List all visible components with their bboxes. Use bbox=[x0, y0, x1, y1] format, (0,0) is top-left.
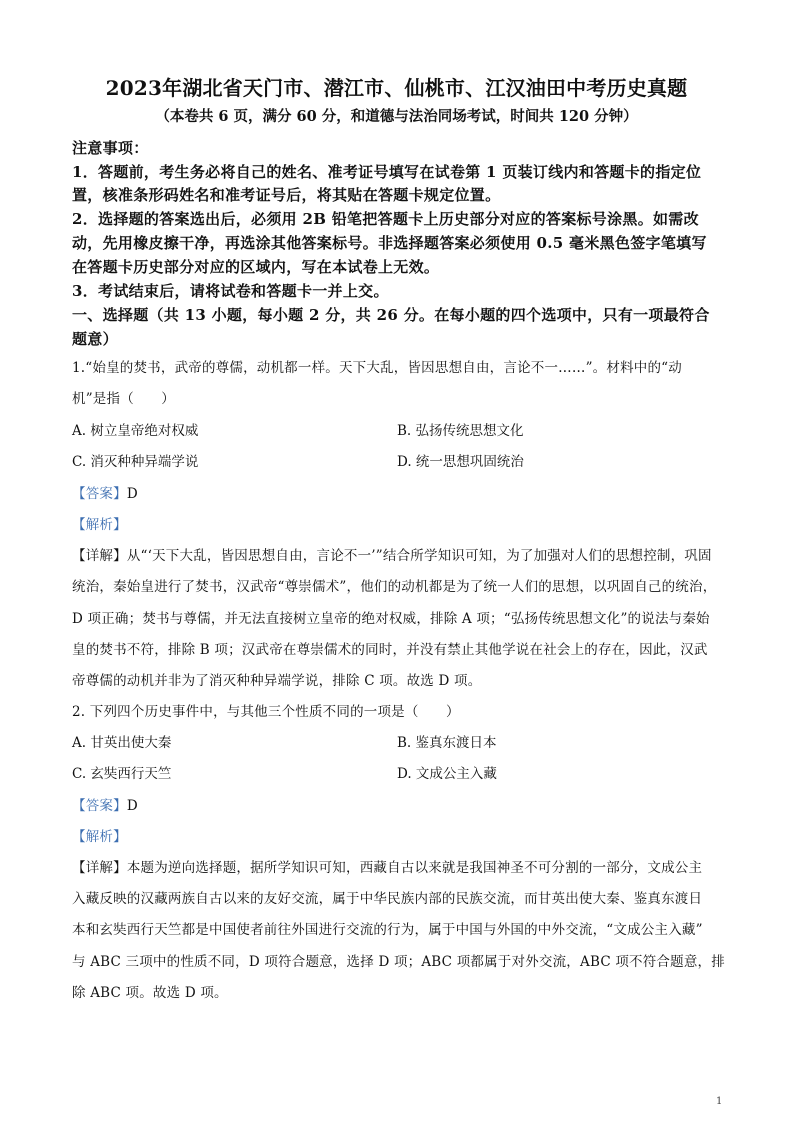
detail-line: 本题为逆向选择题，据所学知识可知，西藏自古以来就是我国神圣不可分割的一部分，文成… bbox=[127, 860, 702, 876]
detail-line: 入藏反映的汉藏两族自古以来的友好交流，属于中华民族内部的民族交流，而甘英出使大秦… bbox=[72, 887, 724, 907]
question-2-option-a: A. 甘英出使大秦 bbox=[72, 731, 171, 751]
section-heading: 题意） bbox=[72, 328, 724, 349]
detail-line: 本和玄奘西行天竺都是中国使者前往外国进行交流的行为，属于中国与外国的中外交流，“… bbox=[72, 918, 724, 938]
question-1-option-c: C. 消灭种种异端学说 bbox=[72, 450, 198, 470]
detail-line: 从“‘天下大乱，皆因思想自由，言论不一’”结合所学知识可知，为了加强对人们的思想… bbox=[127, 548, 712, 564]
question-2-detail: 【详解】本题为逆向选择题，据所学知识可知，西藏自古以来就是我国神圣不可分割的一部… bbox=[72, 856, 724, 876]
page-number: 1 bbox=[716, 1096, 722, 1107]
notice-line: 置，核准条形码姓名和准考证号后，将其贴在答题卡规定位置。 bbox=[72, 184, 724, 205]
answer-tag: 【答案】 bbox=[72, 798, 127, 814]
question-1-stem: 1.“始皇的焚书，武帝的尊儒，动机都一样。天下大乱，皆因思想自由，言论不一……”… bbox=[72, 356, 724, 376]
document-subtitle: （本卷共 6 页，满分 60 分，和道德与法治同场考试，时间共 120 分钟） bbox=[0, 105, 793, 126]
question-2-option-b: B. 鉴真东渡日本 bbox=[397, 731, 497, 751]
notice-line: 在答题卡历史部分对应的区域内，写在本试卷上无效。 bbox=[72, 256, 724, 277]
detail-line: 与 ABC 三项中的性质不同，D 项符合题意，选择 D 项；ABC 项都属于对外… bbox=[72, 950, 724, 970]
detail-line: 统治，秦始皇进行了焚书，汉武帝“尊崇儒术”，他们的动机都是为了统一人们的思想，以… bbox=[72, 575, 724, 595]
notice-heading: 注意事项： bbox=[72, 137, 724, 158]
detail-tag: 【详解】 bbox=[72, 548, 127, 564]
question-2-stem: 2. 下列四个历史事件中，与其他三个性质不同的一项是（ ） bbox=[72, 700, 724, 720]
question-1-option-b: B. 弘扬传统思想文化 bbox=[397, 419, 524, 439]
answer-value: D bbox=[127, 486, 138, 502]
notice-line: 动，先用橡皮擦干净，再选涂其他答案标号。非选择题答案必须使用 0.5 毫米黑色签… bbox=[72, 232, 724, 253]
notice-line: 2．选择题的答案选出后，必须用 2B 铅笔把答题卡上历史部分对应的答案标号涂黑。… bbox=[72, 208, 724, 229]
answer-tag: 【答案】 bbox=[72, 486, 127, 502]
document-title: 2023年湖北省天门市、潜江市、仙桃市、江汉油田中考历史真题 bbox=[0, 72, 793, 101]
document-page: 2023年湖北省天门市、潜江市、仙桃市、江汉油田中考历史真题 （本卷共 6 页，… bbox=[0, 0, 793, 1122]
section-heading: 一、选择题（共 13 小题，每小题 2 分，共 26 分。在每小题的四个选项中，… bbox=[72, 304, 724, 325]
analysis-tag: 【解析】 bbox=[72, 513, 724, 533]
detail-line: 皇的焚书不符，排除 B 项；汉武帝在尊崇儒术的同时，并没有禁止其他学说在社会上的… bbox=[72, 638, 724, 658]
analysis-tag: 【解析】 bbox=[72, 825, 724, 845]
detail-line: 除 ABC 项。故选 D 项。 bbox=[72, 981, 724, 1001]
question-2-option-d: D. 文成公主入藏 bbox=[397, 762, 497, 782]
question-1-option-a: A. 树立皇帝绝对权威 bbox=[72, 419, 198, 439]
question-2-option-c: C. 玄奘西行天竺 bbox=[72, 762, 171, 782]
question-1-answer: 【答案】D bbox=[72, 482, 724, 502]
detail-line: D 项正确；焚书与尊儒，并无法直接树立皇帝的绝对权威，排除 A 项；“弘扬传统思… bbox=[72, 607, 724, 627]
question-1-detail: 【详解】从“‘天下大乱，皆因思想自由，言论不一’”结合所学知识可知，为了加强对人… bbox=[72, 544, 724, 564]
detail-tag: 【详解】 bbox=[72, 860, 127, 876]
detail-line: 帝尊儒的动机并非为了消灭种种异端学说，排除 C 项。故选 D 项。 bbox=[72, 669, 724, 689]
notice-line: 3．考试结束后，请将试卷和答题卡一并上交。 bbox=[72, 280, 724, 301]
question-1-stem: 机”是指（ ） bbox=[72, 387, 724, 407]
notice-line: 1．答题前，考生务必将自己的姓名、准考证号填写在试卷第 1 页装订线内和答题卡的… bbox=[72, 161, 724, 182]
question-1-option-d: D. 统一思想巩固统治 bbox=[397, 450, 524, 470]
answer-value: D bbox=[127, 798, 138, 814]
question-2-answer: 【答案】D bbox=[72, 794, 724, 814]
